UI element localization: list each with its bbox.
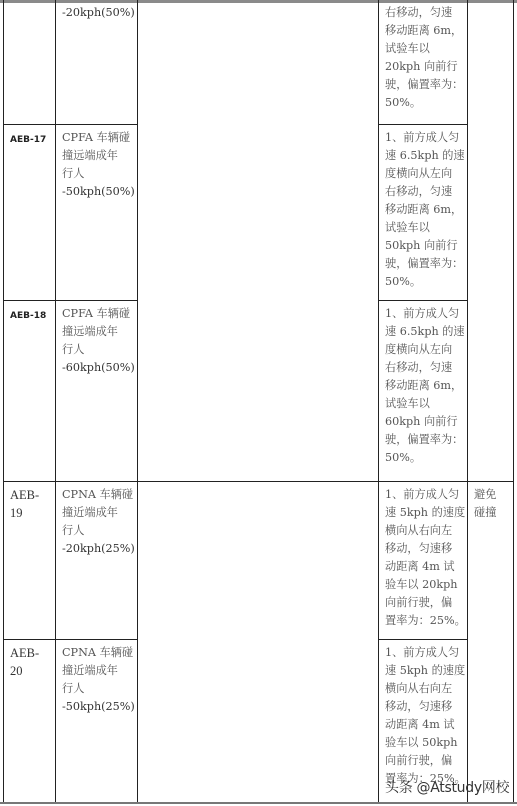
procedure-text: 右移动，匀速 — [385, 4, 461, 22]
table-border-right — [513, 0, 514, 803]
procedure-text: 向前行驶，偏 — [385, 752, 461, 770]
procedure-cell: 1、前方成人匀 速 5kph 的速度 横向从右向左 移动，匀速移 动距离 4m … — [379, 640, 467, 792]
test-id-cell: AEB-20 — [4, 640, 55, 684]
procedure-text: 右移动，匀速 — [385, 359, 461, 377]
procedure-text: 度横向从左向 — [385, 165, 461, 183]
scenario-text: CPNA 车辆碰 — [62, 644, 131, 662]
procedure-text: 移动距离 6m， — [385, 201, 461, 219]
scenario-text: 行人 — [62, 165, 131, 183]
procedure-text: 50%。 — [385, 449, 461, 467]
procedure-text: 向前行驶，偏 — [385, 594, 461, 612]
procedure-text: 1、前方成人匀 — [385, 486, 461, 504]
table-bottom-border — [0, 802, 517, 804]
requirement-text: 碰撞 — [474, 504, 507, 522]
procedure-text: 1、前方成人匀 — [385, 129, 461, 147]
scenario-text: 撞近端成年 — [62, 662, 131, 680]
scenario-text: 行人 — [62, 341, 131, 359]
procedure-text: 度横向从左向 — [385, 341, 461, 359]
procedure-cell: 1、前方成人匀 速 6.5kph 的速 度横向从左向 右移动，匀速 移动距离 6… — [379, 301, 467, 471]
procedure-text: 右移动，匀速 — [385, 183, 461, 201]
procedure-text: 速 6.5kph 的速 — [385, 323, 461, 341]
scenario-text: 撞远端成年 — [62, 147, 131, 165]
scenario-cell: -20kph(50%) — [56, 0, 137, 26]
procedure-text: 驶，偏置率为： — [385, 76, 461, 94]
scenario-text: 行人 — [62, 680, 131, 698]
procedure-text: 速 6.5kph 的速 — [385, 147, 461, 165]
procedure-text: 验车以 50kph — [385, 734, 461, 752]
procedure-cell: 右移动，匀速 移动距离 6m， 试验车以 20kph 向前行 驶，偏置率为： 5… — [379, 0, 467, 116]
scenario-text: CPNA 车辆碰 — [62, 486, 131, 504]
procedure-text: 试验车以 — [385, 219, 461, 237]
scenario-cell: CPFA 车辆碰 撞远端成年 行人 -60kph(50%) — [56, 301, 137, 381]
procedure-text: 50kph 向前行 — [385, 237, 461, 255]
column-divider — [467, 0, 468, 803]
procedure-cell: 1、前方成人匀 速 6.5kph 的速 度横向从左向 右移动，匀速 移动距离 6… — [379, 125, 467, 295]
scenario-text: -50kph(50%) — [62, 183, 131, 201]
procedure-text: 验车以 20kph — [385, 576, 461, 594]
scenario-text: -50kph(25%) — [62, 698, 131, 716]
procedure-cell: 1、前方成人匀 速 5kph 的速度 横向从右向左 移动，匀速移 动距离 4m … — [379, 482, 467, 634]
procedure-text: 50%。 — [385, 273, 461, 291]
procedure-text: 移动距离 6m， — [385, 22, 461, 40]
procedure-text: 50%。 — [385, 94, 461, 112]
procedure-text: 动距离 4m 试 — [385, 716, 461, 734]
scenario-cell: CPNA 车辆碰 撞近端成年 行人 -20kph(25%) — [56, 482, 137, 562]
procedure-text: 1、前方成人匀 — [385, 644, 461, 662]
scenario-text: -20kph(50%) — [62, 4, 131, 22]
scenario-text: -20kph(25%) — [62, 540, 131, 558]
test-id-cell: AEB-17 — [4, 125, 55, 153]
procedure-text: 移动，匀速移 — [385, 540, 461, 558]
procedure-text: 动距离 4m 试 — [385, 558, 461, 576]
scenario-text: CPFA 车辆碰 — [62, 129, 131, 147]
procedure-text: 驶，偏置率为： — [385, 431, 461, 449]
procedure-text: 横向从右向左 — [385, 522, 461, 540]
procedure-text: 驶，偏置率为： — [385, 255, 461, 273]
watermark: 头条 @Atstudy网校 — [385, 777, 509, 797]
test-id-cell: AEB-18 — [4, 301, 55, 329]
scenario-cell: CPFA 车辆碰 撞远端成年 行人 -50kph(50%) — [56, 125, 137, 205]
scenario-text: 撞远端成年 — [62, 323, 131, 341]
procedure-text: 移动，匀速移 — [385, 698, 461, 716]
scenario-text: 撞近端成年 — [62, 504, 131, 522]
procedure-text: 试验车以 — [385, 395, 461, 413]
procedure-text: 速 5kph 的速度 — [385, 504, 461, 522]
procedure-text: 速 5kph 的速度 — [385, 662, 461, 680]
scenario-text: -60kph(50%) — [62, 359, 131, 377]
procedure-text: 20kph 向前行 — [385, 58, 461, 76]
scenario-cell: CPNA 车辆碰 撞近端成年 行人 -50kph(25%) — [56, 640, 137, 720]
test-id-cell: AEB-19 — [4, 482, 55, 526]
requirement-text: 避免 — [474, 486, 507, 504]
requirement-cell: 避免 碰撞 — [468, 482, 513, 526]
procedure-text: 试验车以 — [385, 40, 461, 58]
procedure-text: 置率为：25%。 — [385, 612, 461, 630]
scenario-text: 行人 — [62, 522, 131, 540]
procedure-text: 移动距离 6m， — [385, 377, 461, 395]
column-divider — [137, 0, 138, 803]
procedure-text: 1、前方成人匀 — [385, 305, 461, 323]
procedure-text: 60kph 向前行 — [385, 413, 461, 431]
scenario-text: CPFA 车辆碰 — [62, 305, 131, 323]
procedure-text: 横向从右向左 — [385, 680, 461, 698]
